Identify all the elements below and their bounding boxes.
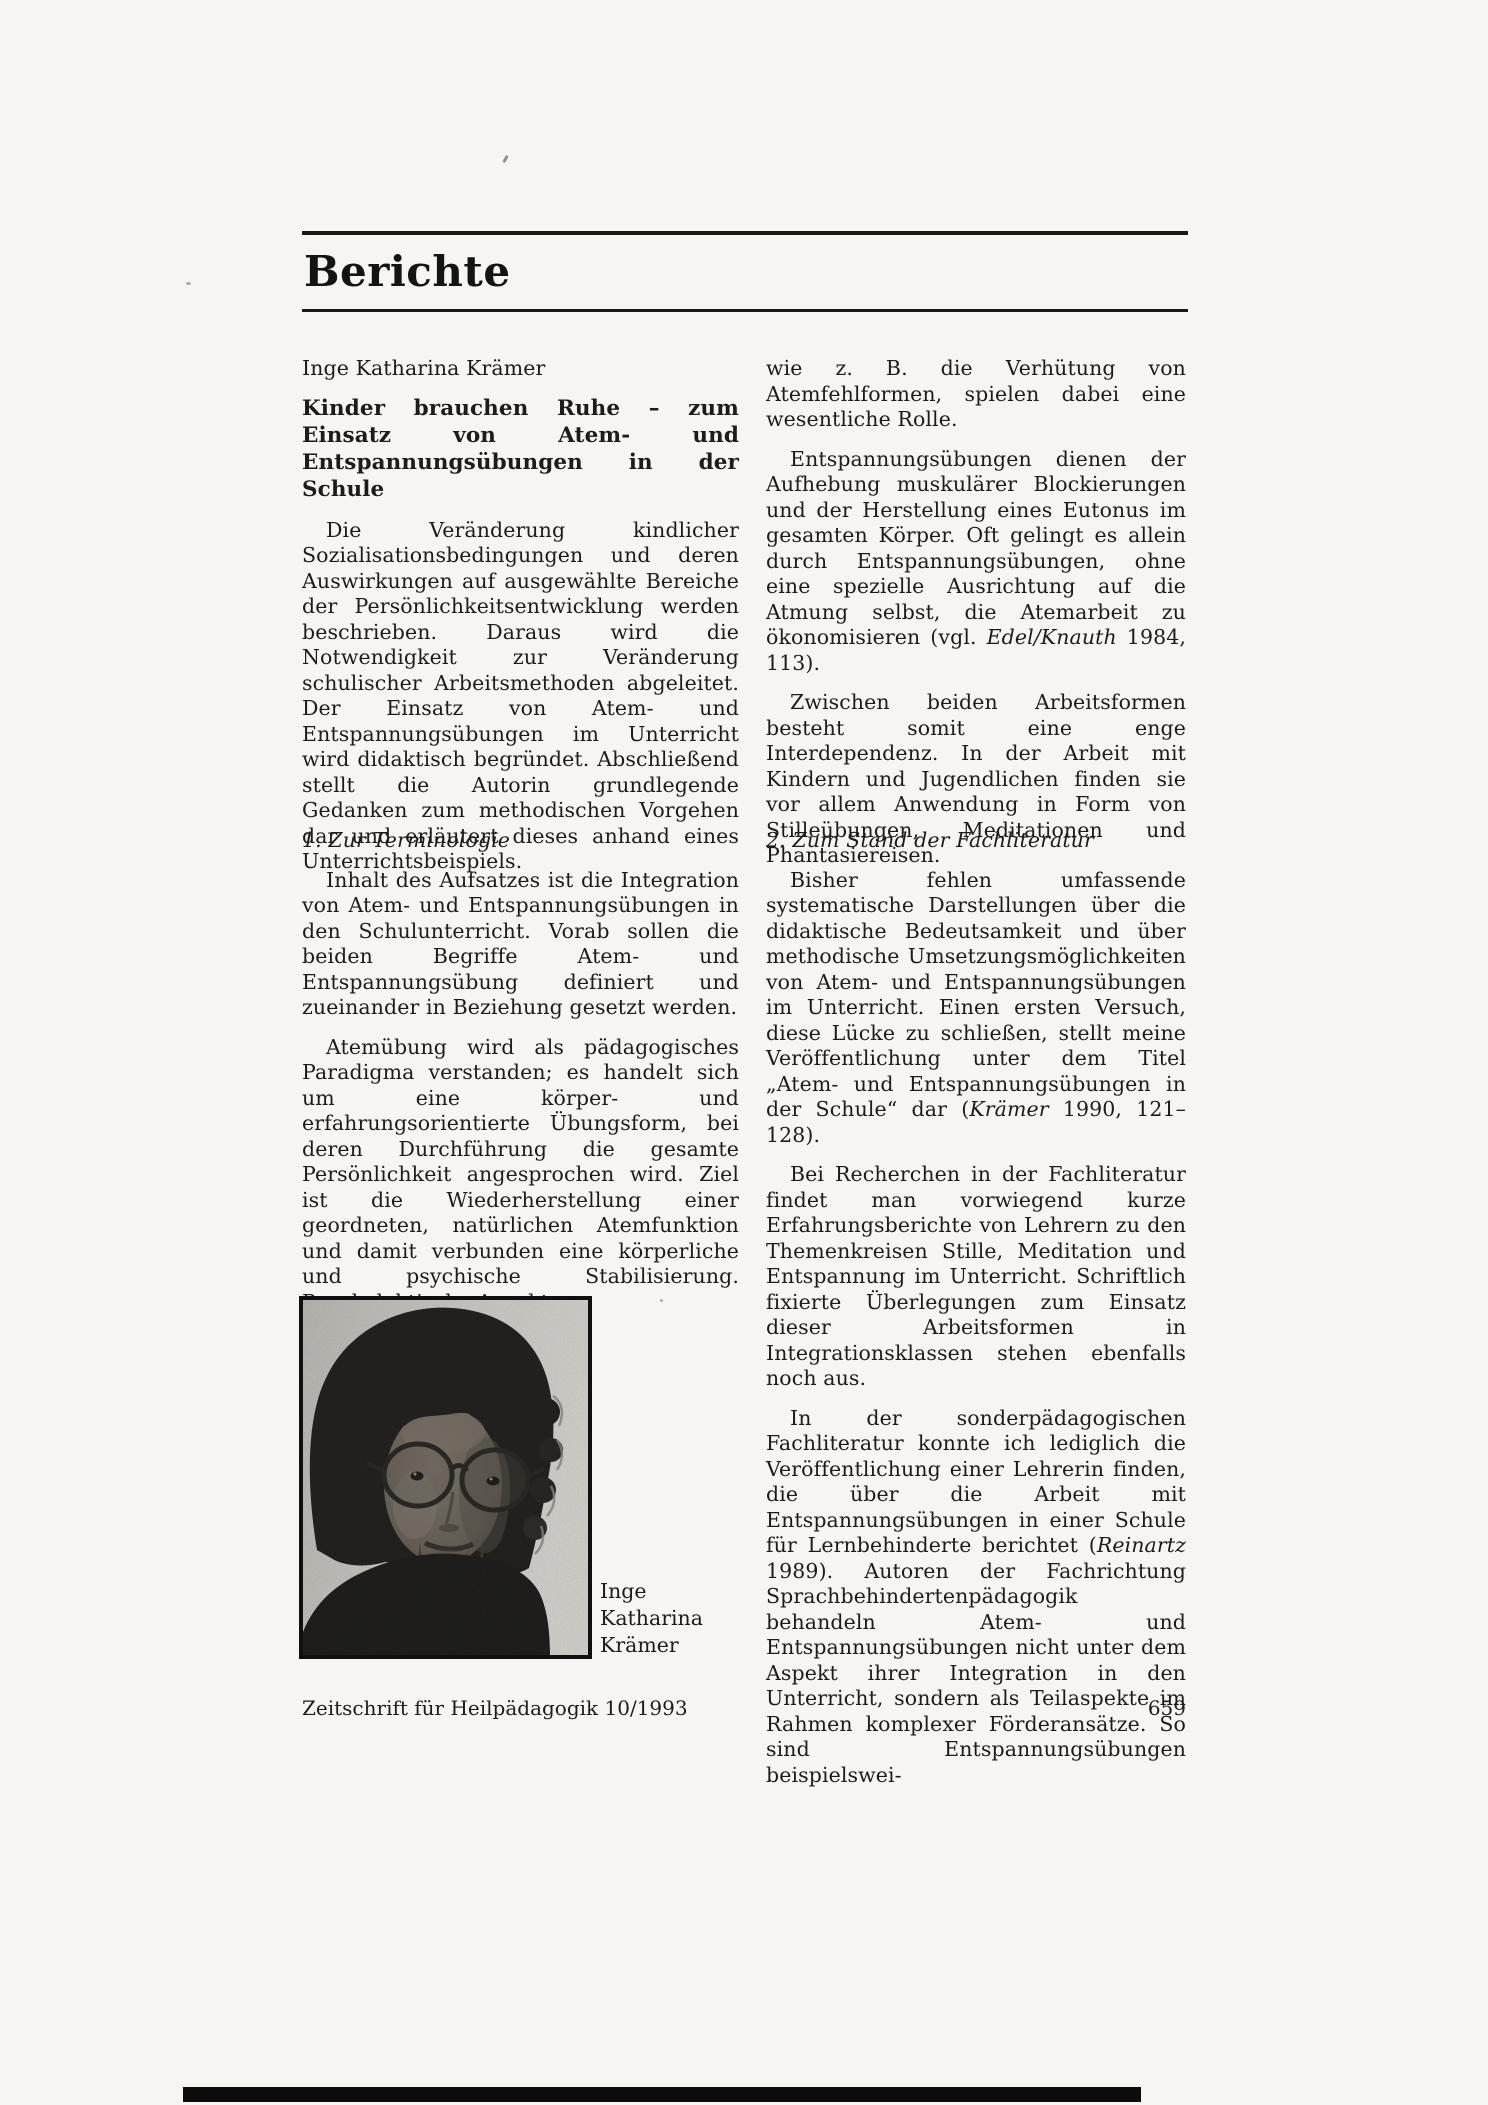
journal-footer: Zeitschrift für Heilpädagogik 10/1993: [302, 1696, 688, 1720]
page-footer: Zeitschrift für Heilpädagogik 10/1993 65…: [302, 1696, 1186, 1720]
header-rule-top: [302, 231, 1188, 235]
continuation-paragraph: wie z. B. die Verhütung von Atemfehlform…: [766, 356, 1186, 433]
right-column-section-2: 2. Zum Stand der Fachliteratur Bisher fe…: [766, 828, 1186, 1802]
header-rule-bottom: [302, 309, 1188, 312]
section-header: Berichte: [304, 245, 1188, 299]
left-column-section-1: 1. Zur Terminologie Inhalt des Aufsatzes…: [302, 828, 739, 1329]
literature-paragraph-3: In der sonderpädagogischen Fachliteratur…: [766, 1406, 1186, 1789]
masthead: Berichte: [302, 231, 1188, 312]
scanned-journal-page: Berichte Inge Katharina Krämer Kinder br…: [0, 0, 1488, 2105]
scan-speck: [660, 1299, 663, 1302]
literature-paragraph-1: Bisher fehlen umfassende systematische D…: [766, 868, 1186, 1149]
author-portrait-illustration: [303, 1300, 588, 1655]
author-photo: [299, 1296, 592, 1659]
section-1-heading: 1. Zur Terminologie: [302, 828, 739, 854]
section-2-heading: 2. Zum Stand der Fachliteratur: [766, 828, 1186, 854]
author-name: Inge Katharina Krämer: [302, 356, 739, 382]
literature-paragraph-2: Bei Recherchen in der Fachliteratur find…: [766, 1162, 1186, 1392]
terminology-paragraph-1: Inhalt des Aufsatzes ist die Integration…: [302, 868, 739, 1021]
abstract-paragraph: Die Veränderung kindlicher Sozialisation…: [302, 518, 739, 875]
photo-caption: Inge Katharina Krämer: [600, 1578, 730, 1659]
article-title: Kinder brauchen Ruhe – zum Einsatz von A…: [302, 395, 739, 503]
relaxation-paragraph: Entspannungsübungen dienen der Aufhebung…: [766, 447, 1186, 677]
page-number: 659: [1148, 1696, 1186, 1720]
right-column-top: wie z. B. die Verhütung von Atemfehlform…: [766, 356, 1186, 883]
scan-speck: [502, 155, 508, 163]
scan-speck: [186, 282, 191, 285]
left-column-top: Inge Katharina Krämer Kinder brauchen Ru…: [302, 356, 739, 889]
terminology-paragraph-2: Atemübung wird als pädagogisches Paradig…: [302, 1035, 739, 1316]
scan-artifact-bar: [183, 2087, 1141, 2102]
